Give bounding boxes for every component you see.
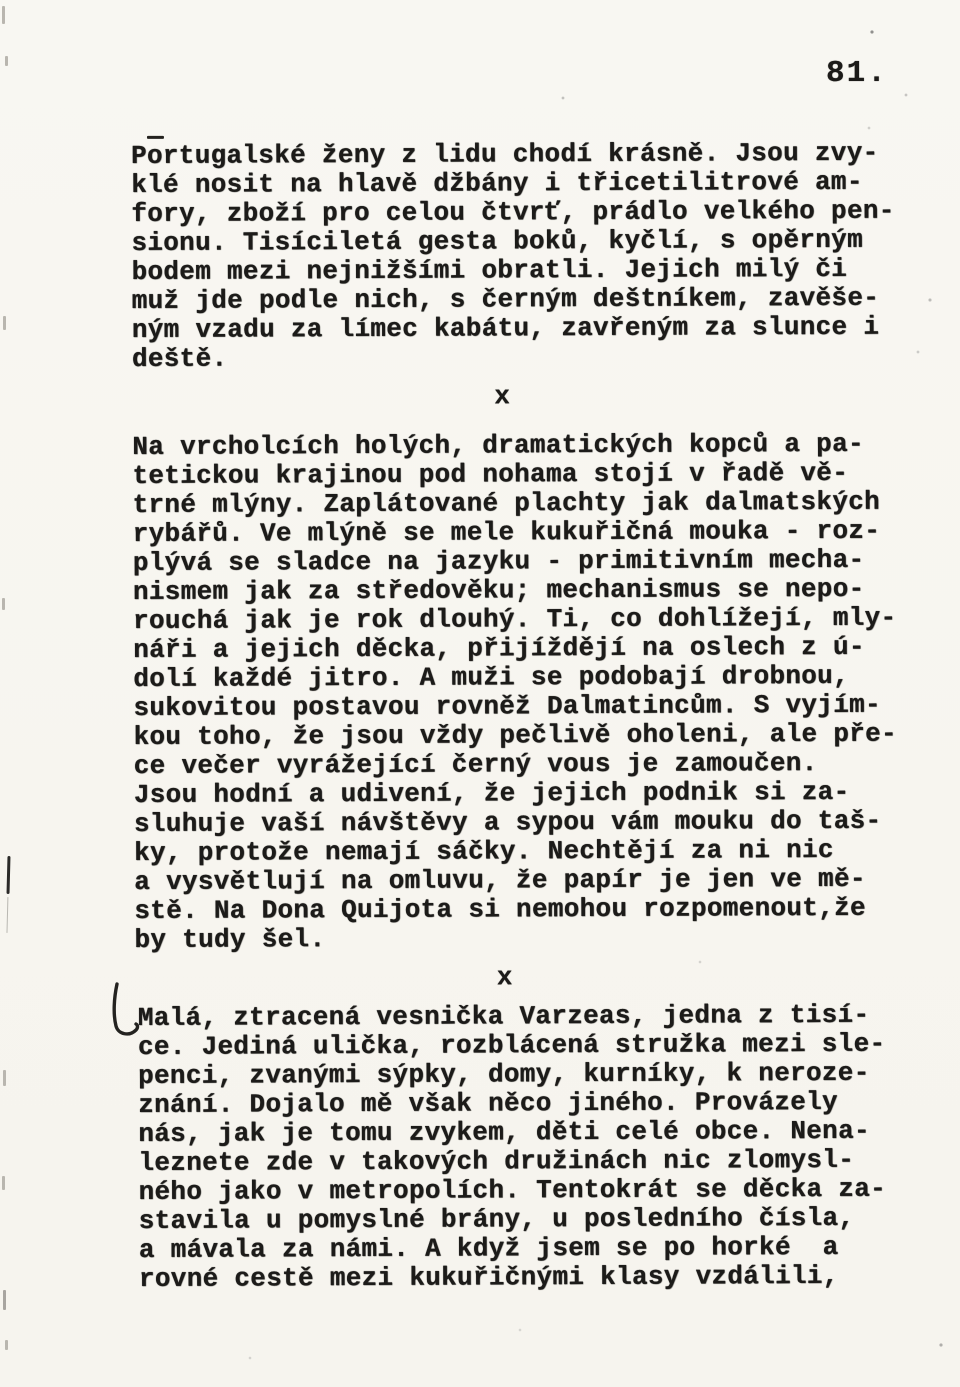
text-line: stě. Na Dona Quijota si nemohou rozpomen… [134, 894, 924, 926]
section-separator: x [135, 962, 875, 994]
text-line: ným vzadu za límec kabátu, zavřeným za s… [132, 313, 922, 345]
scan-edge-artifact [5, 56, 8, 66]
text-line: deště. [132, 342, 922, 374]
scan-edge-artifact [3, 1070, 6, 1086]
stray-ink-mark [147, 136, 164, 139]
scan-edge-artifact [3, 1290, 6, 1310]
section-separator: x [132, 381, 872, 413]
paragraph: Na vrcholcích holých, dramatických kopců… [132, 430, 924, 955]
scan-edge-artifact [2, 598, 5, 610]
text-line: rovné cestě mezi kukuřičnými klasy vzdál… [139, 1262, 926, 1294]
document-body: Portugalské ženy z lidu chodí krásně. Js… [131, 139, 926, 1294]
paragraph: Malá, ztracená vesnička Varzeas, jedna z… [138, 1001, 926, 1294]
paragraph: Portugalské ženy z lidu chodí krásně. Js… [131, 139, 922, 374]
scan-edge-artifact [3, 316, 6, 330]
scan-edge-artifact [2, 6, 5, 24]
scan-edge-artifact [5, 1340, 8, 1350]
margin-pen-stroke-mark [7, 856, 11, 894]
scanned-page: 81. Portugalské ženy z lidu chodí krásně… [0, 0, 960, 1387]
text-line: by tudy šel. [134, 923, 924, 955]
page-number: 81. [826, 56, 888, 91]
scan-edge-artifact [2, 1176, 5, 1190]
